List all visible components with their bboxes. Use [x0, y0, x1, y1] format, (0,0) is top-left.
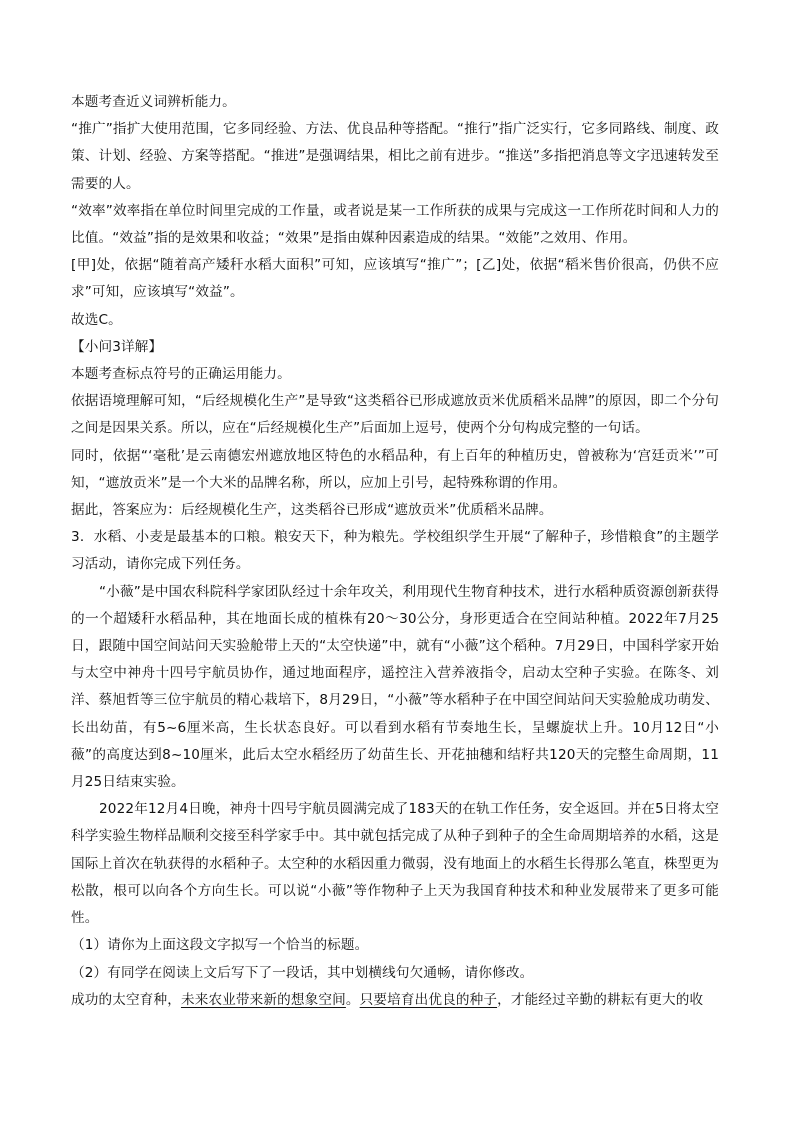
- reading-passage-paragraph-1: “小薇”是中国农科院科学家团队经过十余年攻关，利用现代生物育种技术，进行水稻种质…: [71, 579, 719, 797]
- paragraph-context-analysis: 依据语境理解可知，“后经规模化生产”是导致“这类稻谷已形成遮放贡米优质稻米品牌”…: [71, 388, 719, 442]
- paragraph-tuiguang-explanation: “推广”指扩大使用范围，它多同经验、方法、优良品种等搭配。“推行”指广泛实行，它…: [71, 116, 719, 198]
- sub-question-2: （2）有同学在阅读上文后写下了一段话，其中划横线句欠通畅，请你修改。: [71, 960, 719, 987]
- student-paragraph: 成功的太空育种，未来农业带来新的想象空间。只要培育出优良的种子，才能经过辛勤的耕…: [71, 987, 719, 1014]
- paragraph-jia-yi-analysis: [甲]处，依据“随着高产矮秆水稻大面积”可知，应该填写“推广”；[乙]处，依据“…: [71, 252, 719, 306]
- paragraph-topic-punctuation: 本题考查标点符号的正确运用能力。: [71, 361, 719, 388]
- paragraph-answer-choice: 故选C。: [71, 307, 719, 334]
- paragraph-topic-synonyms: 本题考查近义词辨析能力。: [71, 89, 719, 116]
- paragraph-quote-analysis: 同时，依据“‘毫秕’是云南德宏州遮放地区特色的水稻品种，有上百年的种植历史，曾被…: [71, 443, 719, 497]
- student-text-lead: 成功的太空育种，: [71, 992, 181, 1008]
- student-text-mid: 。: [346, 992, 360, 1008]
- question-3-prompt: 3．水稻、小麦是最基本的口粮。粮安天下，种为粮先。学校组织学生开展“了解种子，珍…: [71, 524, 719, 578]
- paragraph-xiaolv-explanation: “效率”效率指在单位时间里完成的工作量，或者说是某一工作所获的成果与完成这一工作…: [71, 198, 719, 252]
- underlined-sentence-2: 只要培育出优良的种子: [360, 992, 497, 1008]
- paragraph-answer: 据此，答案应为：后经规模化生产，这类稻谷已形成“遮放贡米”优质稻米品牌。: [71, 497, 719, 524]
- sub-question-1: （1）请你为上面这段文字拟写一个恰当的标题。: [71, 932, 719, 959]
- student-text-tail: ，才能经过辛勤的耕耘有更大的收: [497, 992, 703, 1008]
- underlined-sentence-1: 未来农业带来新的想象空间: [181, 992, 346, 1008]
- section-heading-question3: 【小问3详解】: [71, 334, 719, 361]
- reading-passage-paragraph-2: 2022年12月4日晚，神舟十四号宇航员圆满完成了183天的在轨工作任务，安全返…: [71, 796, 719, 932]
- document-page: 本题考查近义词辨析能力。 “推广”指扩大使用范围，它多同经验、方法、优良品种等搭…: [71, 89, 719, 1014]
